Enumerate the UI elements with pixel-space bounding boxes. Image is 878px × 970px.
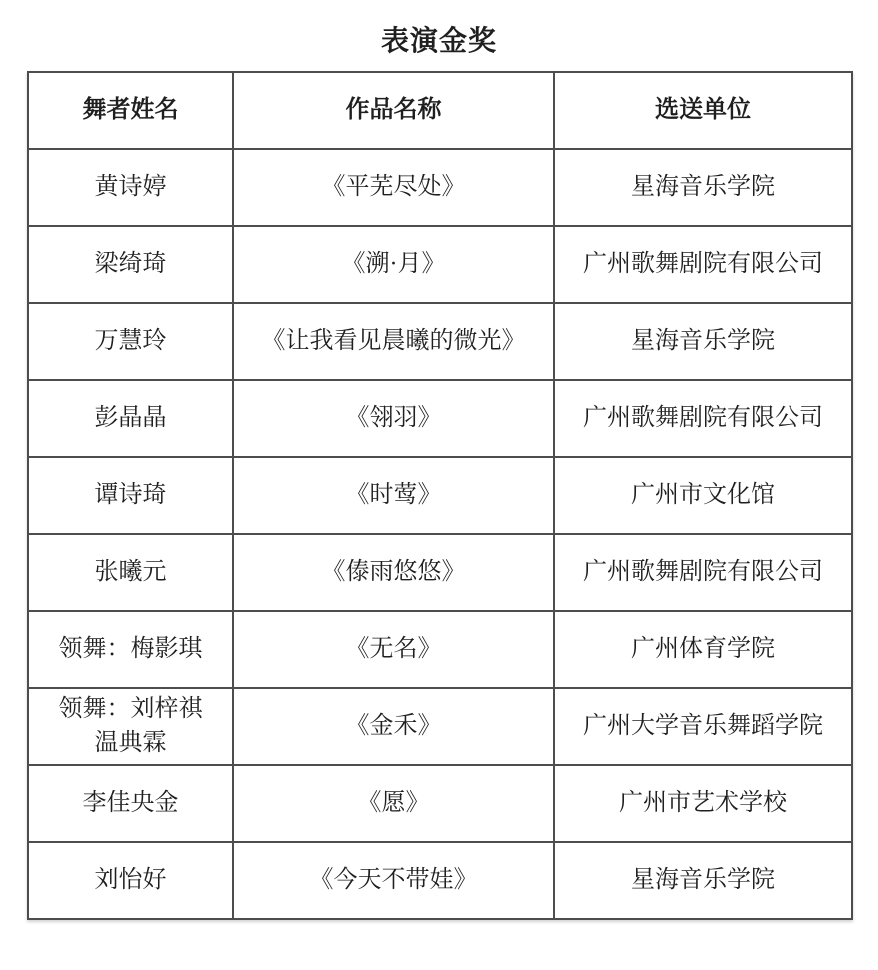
cell-work: 《平芜尽处》 <box>233 149 554 226</box>
cell-work: 《时莺》 <box>233 457 554 534</box>
table-row: 刘怡好 《今天不带娃》 星海音乐学院 <box>28 842 852 919</box>
table-row: 万慧玲 《让我看见晨曦的微光》 星海音乐学院 <box>28 303 852 380</box>
cell-unit: 广州大学音乐舞蹈学院 <box>554 688 852 765</box>
cell-unit: 广州歌舞剧院有限公司 <box>554 380 852 457</box>
cell-work: 《今天不带娃》 <box>233 842 554 919</box>
header-dancer-name: 舞者姓名 <box>28 72 233 149</box>
cell-dancer: 万慧玲 <box>28 303 233 380</box>
cell-work: 《无名》 <box>233 611 554 688</box>
cell-unit: 广州歌舞剧院有限公司 <box>554 226 852 303</box>
header-row: 舞者姓名 作品名称 选送单位 <box>28 72 852 149</box>
cell-dancer: 黄诗婷 <box>28 149 233 226</box>
cell-dancer: 领舞：刘梓祺 温典霖 <box>28 688 233 765</box>
cell-dancer: 李佳央金 <box>28 765 233 842</box>
page: 表演金奖 舞者姓名 作品名称 选送单位 黄诗婷 《平芜尽处》 星海音乐学院 梁绮… <box>0 0 878 970</box>
cell-unit: 广州市艺术学校 <box>554 765 852 842</box>
award-table: 舞者姓名 作品名称 选送单位 黄诗婷 《平芜尽处》 星海音乐学院 梁绮琦 《溯·… <box>27 71 853 920</box>
cell-unit: 星海音乐学院 <box>554 149 852 226</box>
table-row: 黄诗婷 《平芜尽处》 星海音乐学院 <box>28 149 852 226</box>
table-row: 彭晶晶 《翎羽》 广州歌舞剧院有限公司 <box>28 380 852 457</box>
cell-unit: 星海音乐学院 <box>554 303 852 380</box>
table-header: 舞者姓名 作品名称 选送单位 <box>28 72 852 149</box>
cell-unit: 广州体育学院 <box>554 611 852 688</box>
cell-work: 《让我看见晨曦的微光》 <box>233 303 554 380</box>
cell-dancer: 梁绮琦 <box>28 226 233 303</box>
cell-dancer: 彭晶晶 <box>28 380 233 457</box>
header-submitting-unit: 选送单位 <box>554 72 852 149</box>
cell-dancer: 谭诗琦 <box>28 457 233 534</box>
cell-unit: 星海音乐学院 <box>554 842 852 919</box>
cell-dancer: 张曦元 <box>28 534 233 611</box>
table-body: 黄诗婷 《平芜尽处》 星海音乐学院 梁绮琦 《溯·月》 广州歌舞剧院有限公司 万… <box>28 149 852 919</box>
cell-work: 《翎羽》 <box>233 380 554 457</box>
table-row: 领舞：刘梓祺 温典霖 《金禾》 广州大学音乐舞蹈学院 <box>28 688 852 765</box>
cell-unit: 广州歌舞剧院有限公司 <box>554 534 852 611</box>
cell-work: 《愿》 <box>233 765 554 842</box>
cell-work: 《傣雨悠悠》 <box>233 534 554 611</box>
cell-work: 《溯·月》 <box>233 226 554 303</box>
cell-dancer: 领舞：梅影琪 <box>28 611 233 688</box>
table-row: 李佳央金 《愿》 广州市艺术学校 <box>28 765 852 842</box>
table-row: 梁绮琦 《溯·月》 广州歌舞剧院有限公司 <box>28 226 852 303</box>
cell-unit: 广州市文化馆 <box>554 457 852 534</box>
table-row: 领舞：梅影琪 《无名》 广州体育学院 <box>28 611 852 688</box>
page-title: 表演金奖 <box>0 24 878 60</box>
cell-work: 《金禾》 <box>233 688 554 765</box>
header-work-title: 作品名称 <box>233 72 554 149</box>
cell-dancer: 刘怡好 <box>28 842 233 919</box>
table-row: 张曦元 《傣雨悠悠》 广州歌舞剧院有限公司 <box>28 534 852 611</box>
table-row: 谭诗琦 《时莺》 广州市文化馆 <box>28 457 852 534</box>
